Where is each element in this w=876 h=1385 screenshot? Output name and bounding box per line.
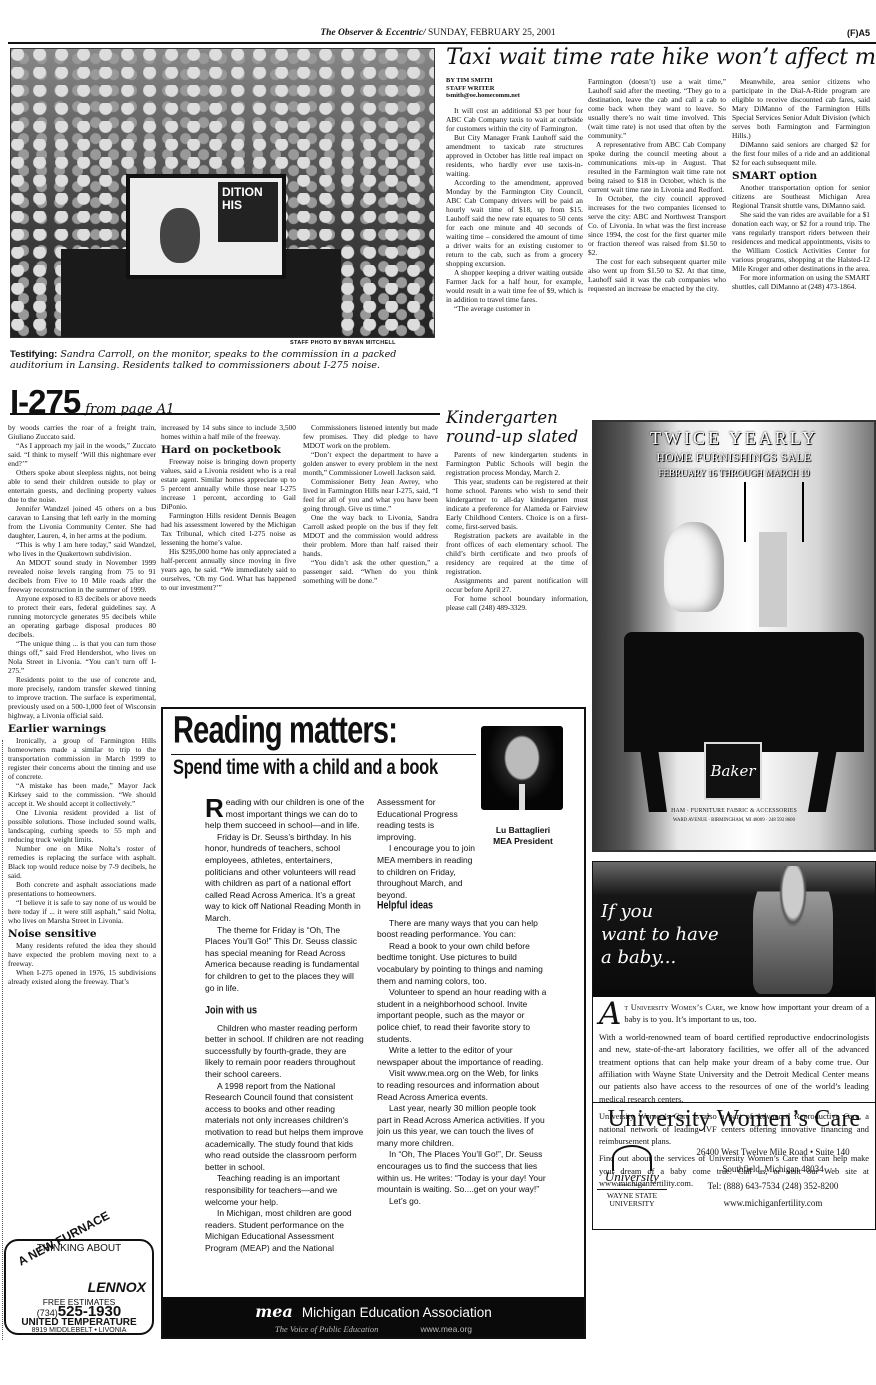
swirl-icon [612, 1145, 652, 1171]
photo-caption: Testifying: Sandra Carroll, on the monit… [10, 349, 440, 371]
mea-name: Michigan Education Association [302, 1305, 492, 1320]
news-photo: DITION HIS [10, 48, 435, 338]
phone-numbers: Tel: (888) 643-7534 (248) 352-8200 [673, 1178, 873, 1195]
paragraph: According to the amendment, approved Mon… [446, 178, 583, 268]
paragraph: “The unique thing ... is that you can tu… [8, 639, 156, 675]
uwc-logo: University Women’s Care, Inc. WAYNE STAT… [597, 1145, 667, 1208]
paragraph: There are many ways that you can help bo… [377, 918, 547, 941]
script-line: a baby... [601, 946, 719, 969]
paragraph: “Don’t expect the department to have a g… [303, 450, 438, 477]
paragraph: Farmington Hills resident Dennis Beagen … [161, 511, 296, 547]
caption-text: Sandra Carroll, on the monitor, speaks t… [10, 349, 396, 371]
paragraph: Children who master reading perform bett… [205, 1023, 365, 1081]
subhead-hard-on-pocketbook: Hard on pocketbook [161, 446, 296, 455]
paragraph: Friday is Dr. Seuss’s birthday. In his h… [205, 832, 365, 925]
paper-name: The Observer & Eccentric/ [320, 28, 425, 38]
paragraph: Ironically, a group of Farmington Hills … [8, 736, 156, 781]
paragraph: by woods carries the roar of a freight t… [8, 423, 156, 441]
paragraph: A representative from ABC Cab Company sp… [588, 140, 726, 194]
paragraph: “As I approach my jail in the woods,” Zu… [8, 441, 156, 468]
paragraph: Number one on Mike Nolta’s roster of rem… [8, 844, 156, 880]
paragraph: She said the van rides are available for… [732, 210, 870, 273]
subhead-smart-option: SMART option [732, 172, 870, 181]
kindergarten-body: Parents of new kindergarten students in … [446, 450, 588, 612]
intro-smallcaps: t University Women’s Care [624, 1003, 723, 1012]
paragraph: Volunteer to spend an hour reading with … [377, 987, 547, 1045]
i275-col-1: by woods carries the roar of a freight t… [8, 423, 156, 986]
paragraph: Assignments and parent notification will… [446, 576, 588, 594]
baker-furniture-ad: TWICE YEARLY HOME FURNISHINGS SALE FEBRU… [592, 420, 876, 852]
subhead-noise-sensitive: Noise sensitive [8, 930, 156, 939]
paragraph: Teaching reading is an important respons… [205, 1173, 365, 1208]
mea-tagline-line: The Voice of Public Education www.mea.or… [163, 1324, 584, 1334]
ad-subtitle: Spend time with a child and a book [173, 756, 438, 781]
bust-image [664, 522, 724, 612]
reading-col-2: Helpful ideas There are many ways that y… [377, 889, 547, 1207]
paragraph: Residents point to the use of concrete a… [8, 675, 156, 720]
paragraph: When I-275 opened in 1976, 15 subdivisio… [8, 968, 156, 986]
company-name: UNITED TEMPERATURE [6, 1318, 152, 1327]
baker-address-2: WARD AVENUE · BIRMINGHAM, MI 48009 · 248… [594, 818, 874, 823]
jump-rule [10, 413, 440, 415]
paragraph: Meanwhile, area senior citizens who part… [732, 77, 870, 140]
taxi-col-1: BY TIM SMITH STAFF WRITER tsmith@oe.home… [446, 77, 583, 313]
paragraph: “You didn’t ask the other question,” a p… [303, 558, 438, 585]
paragraph: Farmington (doesn’t) use a wait time,” L… [588, 77, 726, 140]
paragraph: Assessment for Educational Progress read… [377, 797, 472, 843]
paragraph: With a world-renowned team of board cert… [599, 1032, 869, 1106]
intro-paragraph: At University Women’s Care, we know how … [599, 1002, 869, 1027]
paragraph: “A mistake has been made,” Mayor Jack Ki… [8, 781, 156, 808]
paragraph: Write a letter to the editor of your new… [377, 1045, 547, 1068]
reading-col-2-top: Assessment for Educational Progress read… [377, 797, 472, 901]
mea-logo: mea [255, 1302, 292, 1321]
wayne-state-logo: WAYNE STATE UNIVERSITY [597, 1192, 667, 1208]
taxi-col-2: Farmington (doesn’t) use a wait time,” L… [588, 77, 726, 293]
mea-tagline: The Voice of Public Education [275, 1324, 378, 1334]
paragraph: Visit www.mea.org on the Web, for links … [377, 1068, 547, 1103]
uwc-brand: University Women’s Care [593, 1106, 875, 1133]
paragraph: In Michigan, most children are good read… [205, 1208, 365, 1254]
mea-url[interactable]: www.mea.org [421, 1324, 473, 1334]
paragraph: Read a book to your own child before bed… [377, 941, 547, 987]
baker-address-1: HAM · FURNITURE FABRIC & ACCESSORIES [594, 808, 874, 814]
paragraph: One the way back to Livonia, Sandra Carr… [303, 513, 438, 558]
university-womens-care-ad: If you want to have a baby... At Univers… [592, 861, 876, 1230]
paragraph: Others spoke about sleepless nights, not… [8, 468, 156, 504]
i275-col-2: increased by 14 subs since to include 3,… [161, 423, 296, 592]
uwc-contact: 26400 West Twelve Mile Road • Suite 140 … [673, 1144, 873, 1212]
paragraph: Let’s go. [377, 1196, 547, 1208]
paragraph: Parents of new kindergarten students in … [446, 450, 588, 477]
president-title: MEA President [479, 836, 567, 847]
paragraph: Commissioner Betty Jean Awrey, who lived… [303, 477, 438, 513]
paragraph: “The average customer in [446, 304, 583, 313]
vase-image [759, 532, 787, 627]
paragraph: In October, the city council approved in… [588, 194, 726, 257]
paragraph: In “Oh, The Places You’ll Go!”, Dr. Seus… [377, 1149, 547, 1195]
paragraph: A shopper keeping a driver waiting outsi… [446, 268, 583, 304]
paragraph: Last year, nearly 30 million people took… [377, 1103, 547, 1149]
website[interactable]: www.michiganfertility.com [673, 1195, 873, 1212]
baker-line-1: TWICE YEARLY [594, 428, 874, 449]
mea-brand-line: mea Michigan Education Association [163, 1302, 584, 1321]
reading-col-1: Reading with our children is one of the … [205, 797, 365, 1255]
paragraph: The cost for each subsequent quarter mil… [588, 257, 726, 293]
subhead-earlier-warnings: Earlier warnings [8, 725, 156, 734]
lennox-brand: LENNOX [88, 1279, 146, 1295]
masthead-line: The Observer & Eccentric/ SUNDAY, FEBRUA… [0, 28, 876, 38]
issue-date: SUNDAY, FEBRUARY 25, 2001 [428, 28, 556, 38]
subhead-helpful-ideas: Helpful ideas [377, 899, 547, 913]
president-portrait [481, 726, 563, 810]
i275-col-3: Commissioners listened intently but made… [303, 423, 438, 585]
monitor-banner: DITION HIS [218, 182, 278, 242]
script-line: If you [601, 900, 719, 923]
paragraph: Commissioners listened intently but made… [303, 423, 438, 450]
i275-jump-head: I-275from page A1 [10, 383, 440, 417]
paragraph: Both concrete and asphalt associations m… [8, 880, 156, 898]
mother-child-figure [753, 866, 833, 994]
script-line: want to have [601, 923, 719, 946]
ad-title: Reading matters: [173, 710, 397, 753]
table-image [624, 632, 864, 752]
lennox-furnace-ad: THINKING ABOUT A NEW FURNACE LENNOX FREE… [4, 1239, 154, 1335]
lead-text: eading with our children is one of the m… [205, 797, 364, 830]
speaker-face [160, 208, 200, 263]
kindergarten-headline: Kindergarten round-up slated [446, 408, 591, 446]
byline-email[interactable]: tsmith@oe.homecomm.net [446, 92, 583, 100]
paragraph: increased by 14 subs since to include 3,… [161, 423, 296, 441]
byline-name: BY TIM SMITH [446, 77, 583, 85]
paragraph: Anyone exposed to 83 decibels or above n… [8, 594, 156, 639]
paragraph: Freeway noise is bringing down property … [161, 457, 296, 511]
paragraph: “This is why I am here today,” said Wand… [8, 540, 156, 558]
tie [519, 784, 525, 810]
paragraph: It will cost an additional $3 per hour f… [446, 106, 583, 133]
paragraph: An MDOT sound study in November 1999 rev… [8, 558, 156, 594]
paragraph: But City Manager Frank Lauhoff said the … [446, 133, 583, 178]
byline: BY TIM SMITH STAFF WRITER tsmith@oe.home… [446, 77, 583, 100]
paragraph: Many residents refuted the idea they sho… [8, 941, 156, 968]
logo-inc: Women’s Care, Inc. [597, 1183, 667, 1190]
baker-line-3: FEBRUARY 16 THROUGH MARCH 19 [594, 468, 874, 478]
logo-text: University [597, 1171, 667, 1183]
paragraph: One Livonia resident provided a list of … [8, 808, 156, 844]
paragraph: This year, students can be registered at… [446, 477, 588, 531]
photo-credit: STAFF PHOTO BY BRYAN MITCHELL [290, 340, 396, 346]
address-line-1: 26400 West Twelve Mile Road • Suite 140 [673, 1144, 873, 1161]
monitor-image: DITION HIS [126, 174, 286, 279]
address-line-2: Southfield, Michigan 48034 [673, 1161, 873, 1178]
lennox-line-2: A NEW FURNACE [16, 1209, 111, 1267]
paragraph: Another transportation option for senior… [732, 183, 870, 210]
portrait-caption: Lu Battaglieri MEA President [479, 825, 567, 847]
paragraph: Jennifer Wandzel joined 45 others on a b… [8, 504, 156, 540]
paragraph: For home school boundary information, pl… [446, 594, 588, 612]
drop-cap: R [205, 798, 224, 818]
caption-label: Testifying: [10, 349, 57, 360]
title-rule [171, 754, 476, 755]
page-edge-perforation [2, 740, 4, 1340]
masthead: The Observer & Eccentric/ SUNDAY, FEBRUA… [0, 28, 876, 42]
paragraph: His $295,000 home has only appreciated a… [161, 547, 296, 592]
ad-script-headline: If you want to have a baby... [601, 900, 719, 969]
paragraph: The theme for Friday is “Oh, The Places … [205, 925, 365, 995]
reading-matters-ad: Reading matters: Spend time with a child… [161, 707, 586, 1339]
byline-title: STAFF WRITER [446, 85, 583, 93]
paragraph: Registration packets are available in th… [446, 531, 588, 576]
paragraph: “I believe it is safe to say none of us … [8, 898, 156, 925]
page-number: (F)A5 [847, 28, 870, 38]
lead-paragraph: Reading with our children is one of the … [205, 797, 365, 832]
baker-line-2: HOME FURNISHINGS SALE [594, 452, 874, 464]
subhead-join-with-us: Join with us [205, 1004, 365, 1018]
paragraph: A 1998 report from the National Research… [205, 1081, 365, 1174]
president-name: Lu Battaglieri [479, 825, 567, 836]
drop-cap: A [599, 1002, 621, 1026]
company-address: 8919 MIDDLEBELT • LIVONIA [6, 1327, 152, 1334]
paragraph: DiManno said seniors are charged $2 for … [732, 140, 870, 167]
baker-logo: Baker [704, 742, 762, 800]
paragraph: For more information on using the SMART … [732, 273, 870, 291]
taxi-col-3: Meanwhile, area senior citizens who part… [732, 77, 870, 291]
taxi-headline: Taxi wait time rate hike won’t affect ma… [446, 44, 876, 70]
mea-footer: mea Michigan Education Association The V… [163, 1297, 584, 1337]
